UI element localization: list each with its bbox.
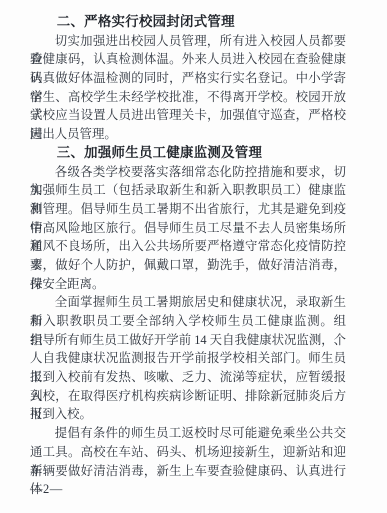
text-line: 切实加强进出校园人员管理，所有进入校园人员都要查: [30, 32, 346, 51]
text-line: 求，做好个人防护，佩戴口罩，勤洗手，做好清洁消毒，保: [30, 256, 346, 275]
text-line: 各级各类学校要落实落细常态化防控措施和要求，切实: [30, 163, 346, 182]
text-line: 加强师生员工（包括录取新生和新入职教职员工）健康监测: [30, 181, 346, 200]
document-page: 二、严格实行校园封闭式管理切实加强进出校园人员管理，所有进入校园人员都要查验健康…: [0, 0, 387, 513]
text-line: 持安全距离。: [30, 275, 346, 294]
text-line: 新入职教职员工要全部纳入学校师生员工健康监测。组织、: [30, 312, 346, 331]
text-line: 人自我健康状况监测报告开学前报学校相关部门。师生员工: [30, 349, 346, 368]
section-heading: 三、加强师生员工健康监测及管理: [30, 144, 346, 163]
section-heading: 二、严格实行校园封闭式管理: [30, 13, 346, 32]
text-line: 学生、高校学生未经学校批准，不得离开学校。校园开放式: [30, 88, 346, 107]
text-line: 中高风险地区旅行。倡导师生员工尽量不去人员密集场所和: [30, 219, 346, 238]
text-line: 进出人员管理。: [30, 125, 346, 144]
text-line: 验健康码，认真检测体温。外来人员进入校园在查验健康码、: [30, 50, 346, 69]
text-line: 车辆要做好清洁消毒，新生上车要查验健康码、认真进行体: [30, 462, 346, 481]
text-line: 和管理。倡导师生员工暑期不出省旅行，尤其是避免到疫情: [30, 200, 346, 219]
page-number: —2—: [30, 482, 63, 497]
text-line: 报到入校前有发热、咳嗽、乏力、流涕等症状，应暂缓报到: [30, 368, 346, 387]
text-line: 入校，在取得医疗机构疾病诊断证明、排除新冠肺炎后方可: [30, 387, 346, 406]
text-line: 学校应当设置人员进出管理关卡，加强值守巡查，严格校园: [30, 106, 346, 125]
text-line: 通工具。高校在车站、码头、机场迎接新生，迎新站和迎新: [30, 443, 346, 462]
document-body: 二、严格实行校园封闭式管理切实加强进出校园人员管理，所有进入校园人员都要查验健康…: [30, 13, 346, 480]
text-line: 提倡有条件的师生员工返校时尽可能避免乘坐公共交: [30, 424, 346, 443]
text-line: 认真做好体温检测的同时，严格实行实名登记。中小学寄宿: [30, 69, 346, 88]
text-line: 报到入校。: [30, 405, 346, 424]
text-line: 通风不良场所，出入公共场所要严格遵守常态化疫情防控要: [30, 237, 346, 256]
text-line: 全面掌握师生员工暑期旅居史和健康状况，录取新生和: [30, 293, 346, 312]
text-line: 指导所有师生员工做好开学前 14 天自我健康状况监测，个: [30, 331, 346, 350]
